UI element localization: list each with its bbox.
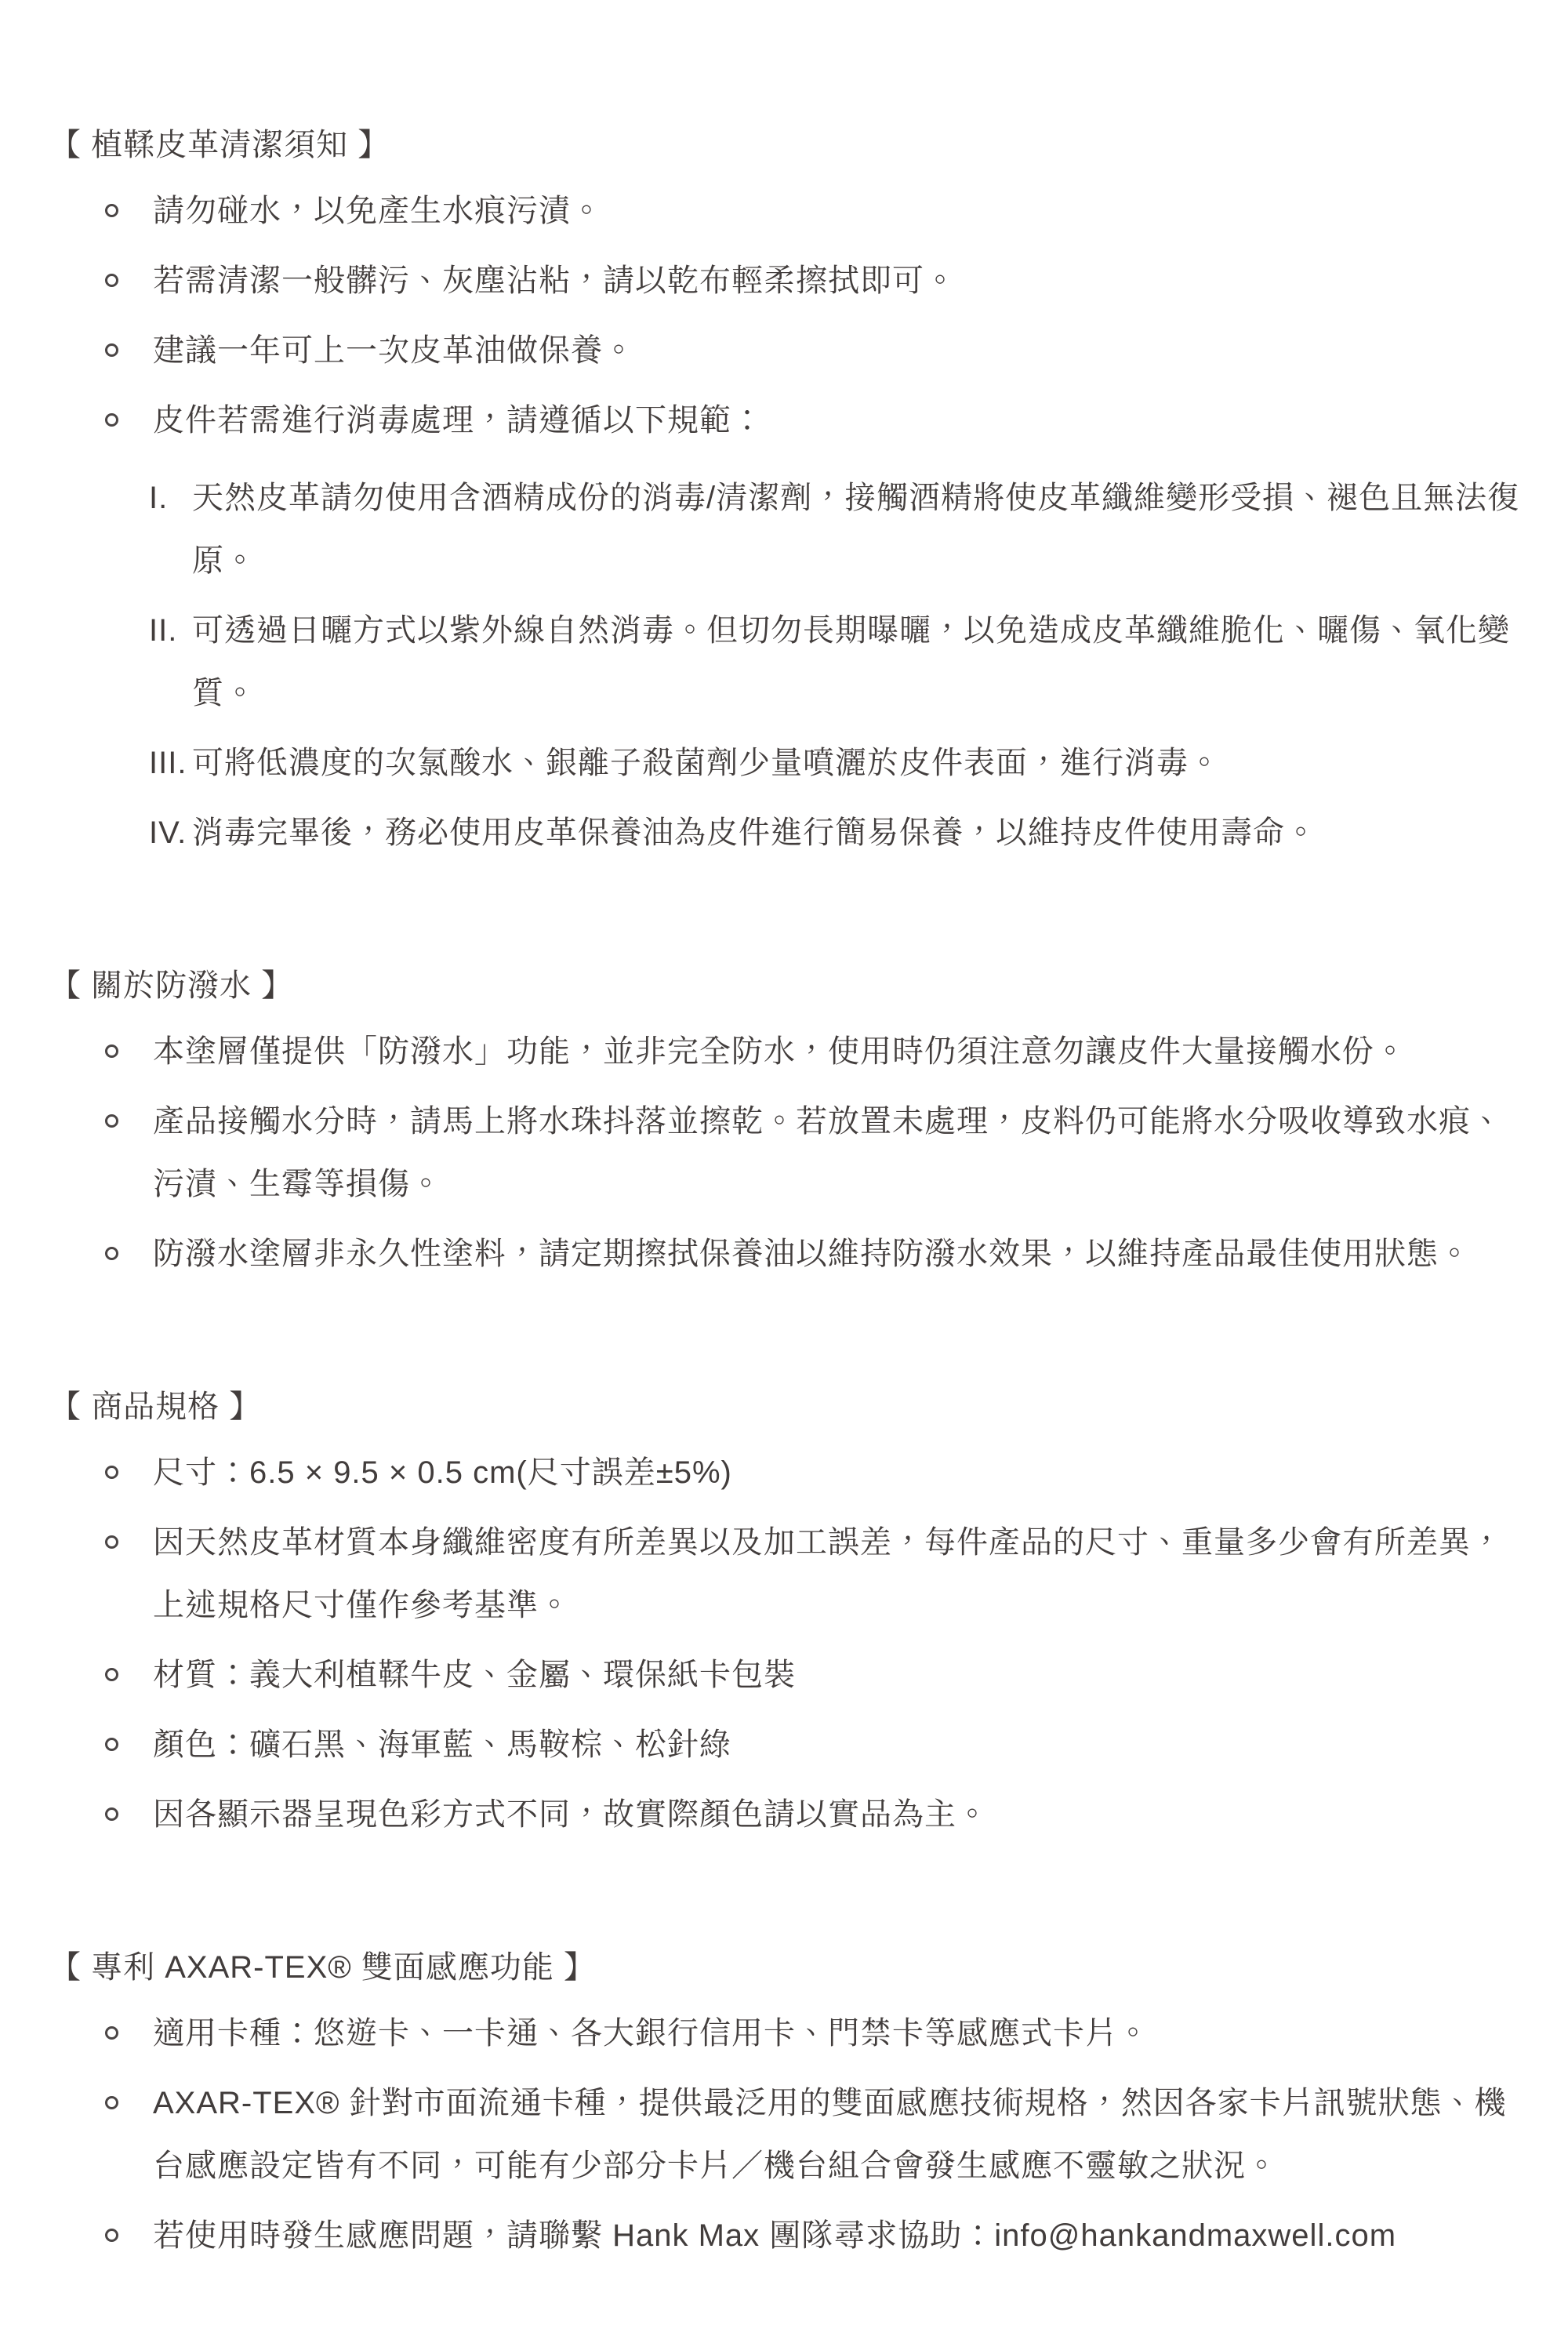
- list-item-text: 因各顯示器呈現色彩方式不同，故實際顏色請以實品為主。: [153, 1797, 989, 1832]
- list-item-text: 天然皮革請勿使用含酒精成份的消毒/清潔劑，接觸酒精將使皮革纖維變形受損、褪色且無…: [192, 481, 1519, 578]
- list-item: AXAR-TEX® 針對市面流通卡種，提供最泛用的雙面感應技術規格，然因各家卡片…: [49, 2072, 1529, 2197]
- bullet-icon: [105, 1535, 118, 1549]
- list-item: 請勿碰水，以免產生水痕污漬。: [49, 180, 1529, 242]
- list-item-text: 消毒完畢後，務必使用皮革保養油為皮件進行簡易保養，以維持皮件使用壽命。: [192, 816, 1317, 850]
- list-item: 尺寸：6.5 × 9.5 × 0.5 cm(尺寸誤差±5%): [49, 1441, 1529, 1504]
- roman-numeral: IV.: [149, 801, 187, 864]
- list-item-text: 材質：義大利植鞣牛皮、金屬、環保紙卡包裝: [153, 1658, 796, 1692]
- list-item: 若使用時發生感應問題，請聯繫 Hank Max 團隊尋求協助：info@hank…: [49, 2204, 1529, 2267]
- list-item-text: AXAR-TEX® 針對市面流通卡種，提供最泛用的雙面感應技術規格，然因各家卡片…: [153, 2086, 1507, 2183]
- bullet-icon: [105, 1466, 118, 1479]
- bullet-list: 適用卡種：悠遊卡、一卡通、各大銀行信用卡、門禁卡等感應式卡片。 AXAR-TEX…: [49, 2002, 1529, 2267]
- list-item: 產品接觸水分時，請馬上將水珠抖落並擦乾。若放置未處理，皮料仍可能將水分吸收導致水…: [49, 1090, 1529, 1215]
- product-description: 【 植鞣皮革清潔須知 】 請勿碰水，以免產生水痕污漬。 若需清潔一般髒污、灰塵沾…: [0, 0, 1568, 2330]
- list-item: 防潑水塗層非永久性塗料，請定期擦拭保養油以維持防潑水效果，以維持產品最佳使用狀態…: [49, 1222, 1529, 1285]
- bullet-list: 本塗層僅提供「防潑水」功能，並非完全防水，使用時仍須注意勿讓皮件大量接觸水份。 …: [49, 1020, 1529, 1285]
- list-item-text: 若使用時發生感應問題，請聯繫 Hank Max 團隊尋求協助：info@hank…: [153, 2218, 1396, 2253]
- list-item-text: 顏色：礦石黑、海軍藍、馬鞍棕、松針綠: [153, 1727, 731, 1762]
- section-product-specs: 【 商品規格 】 尺寸：6.5 × 9.5 × 0.5 cm(尺寸誤差±5%) …: [49, 1375, 1529, 1846]
- bullet-icon: [105, 2229, 118, 2242]
- list-item-text: 可將低濃度的次氯酸水、銀離子殺菌劑少量噴灑於皮件表面，進行消毒。: [192, 746, 1221, 780]
- bullet-icon: [105, 1114, 118, 1128]
- list-item: IV. 消毒完畢後，務必使用皮革保養油為皮件進行簡易保養，以維持皮件使用壽命。: [49, 801, 1529, 864]
- list-item: 材質：義大利植鞣牛皮、金屬、環保紙卡包裝: [49, 1644, 1529, 1706]
- roman-numeral: I.: [149, 467, 168, 529]
- list-item-text: 本塗層僅提供「防潑水」功能，並非完全防水，使用時仍須注意勿讓皮件大量接觸水份。: [153, 1034, 1406, 1069]
- list-item-text: 請勿碰水，以免產生水痕污漬。: [153, 194, 603, 228]
- bullet-icon: [105, 274, 118, 287]
- section-cleaning-notice: 【 植鞣皮革清潔須知 】 請勿碰水，以免產生水痕污漬。 若需清潔一般髒污、灰塵沾…: [49, 114, 1529, 864]
- bullet-icon: [105, 2096, 118, 2109]
- list-item-text: 產品接觸水分時，請馬上將水珠抖落並擦乾。若放置未處理，皮料仍可能將水分吸收導致水…: [153, 1104, 1503, 1201]
- bullet-icon: [105, 413, 118, 427]
- section-title: 【 植鞣皮革清潔須知 】: [49, 114, 1529, 176]
- list-item: 因各顯示器呈現色彩方式不同，故實際顏色請以實品為主。: [49, 1783, 1529, 1846]
- bullet-icon: [105, 1668, 118, 1681]
- list-item: I. 天然皮革請勿使用含酒精成份的消毒/清潔劑，接觸酒精將使皮革纖維變形受損、褪…: [49, 467, 1529, 592]
- bullet-icon: [105, 204, 118, 217]
- list-item-text: 尺寸：6.5 × 9.5 × 0.5 cm(尺寸誤差±5%): [153, 1455, 732, 1490]
- list-item-text: 適用卡種：悠遊卡、一卡通、各大銀行信用卡、門禁卡等感應式卡片。: [153, 2016, 1149, 2051]
- roman-numbered-list: I. 天然皮革請勿使用含酒精成份的消毒/清潔劑，接觸酒精將使皮革纖維變形受損、褪…: [49, 467, 1529, 864]
- section-title: 【 關於防潑水 】: [49, 954, 1529, 1017]
- list-item-text: 因天然皮革材質本身纖維密度有所差異以及加工誤差，每件產品的尺寸、重量多少會有所差…: [153, 1525, 1503, 1622]
- bullet-icon: [105, 1247, 118, 1260]
- bullet-icon: [105, 1044, 118, 1058]
- list-item-text: 若需清潔一般髒污、灰塵沾粘，請以乾布輕柔擦拭即可。: [153, 263, 956, 298]
- bullet-icon: [105, 1807, 118, 1821]
- list-item: 顏色：礦石黑、海軍藍、馬鞍棕、松針綠: [49, 1713, 1529, 1776]
- list-item: 皮件若需進行消毒處理，請遵循以下規範：: [49, 389, 1529, 452]
- list-item: 適用卡種：悠遊卡、一卡通、各大銀行信用卡、門禁卡等感應式卡片。: [49, 2002, 1529, 2065]
- section-water-repellent: 【 關於防潑水 】 本塗層僅提供「防潑水」功能，並非完全防水，使用時仍須注意勿讓…: [49, 954, 1529, 1285]
- bullet-icon: [105, 2026, 118, 2040]
- list-item: 若需清潔一般髒污、灰塵沾粘，請以乾布輕柔擦拭即可。: [49, 249, 1529, 312]
- bullet-icon: [105, 343, 118, 357]
- list-item: 因天然皮革材質本身纖維密度有所差異以及加工誤差，每件產品的尺寸、重量多少會有所差…: [49, 1511, 1529, 1637]
- section-title: 【 專利 AXAR-TEX® 雙面感應功能 】: [49, 1936, 1529, 1999]
- section-title: 【 商品規格 】: [49, 1375, 1529, 1438]
- list-item: 本塗層僅提供「防潑水」功能，並非完全防水，使用時仍須注意勿讓皮件大量接觸水份。: [49, 1020, 1529, 1083]
- list-item-text: 可透過日曬方式以紫外線自然消毒。但切勿長期曝曬，以免造成皮革纖維脆化、曬傷、氧化…: [192, 613, 1510, 710]
- bullet-list: 尺寸：6.5 × 9.5 × 0.5 cm(尺寸誤差±5%) 因天然皮革材質本身…: [49, 1441, 1529, 1846]
- list-item-text: 皮件若需進行消毒處理，請遵循以下規範：: [153, 403, 764, 438]
- section-axartex-feature: 【 專利 AXAR-TEX® 雙面感應功能 】 適用卡種：悠遊卡、一卡通、各大銀…: [49, 1936, 1529, 2267]
- bullet-icon: [105, 1738, 118, 1751]
- list-item: III. 可將低濃度的次氯酸水、銀離子殺菌劑少量噴灑於皮件表面，進行消毒。: [49, 732, 1529, 794]
- roman-numeral: III.: [149, 732, 187, 794]
- roman-numeral: II.: [149, 599, 177, 662]
- list-item: 建議一年可上一次皮革油做保養。: [49, 319, 1529, 382]
- list-item: II. 可透過日曬方式以紫外線自然消毒。但切勿長期曝曬，以免造成皮革纖維脆化、曬…: [49, 599, 1529, 725]
- bullet-list: 請勿碰水，以免產生水痕污漬。 若需清潔一般髒污、灰塵沾粘，請以乾布輕柔擦拭即可。…: [49, 180, 1529, 452]
- list-item-text: 建議一年可上一次皮革油做保養。: [153, 333, 635, 368]
- list-item-text: 防潑水塗層非永久性塗料，請定期擦拭保養油以維持防潑水效果，以維持產品最佳使用狀態…: [153, 1237, 1471, 1271]
